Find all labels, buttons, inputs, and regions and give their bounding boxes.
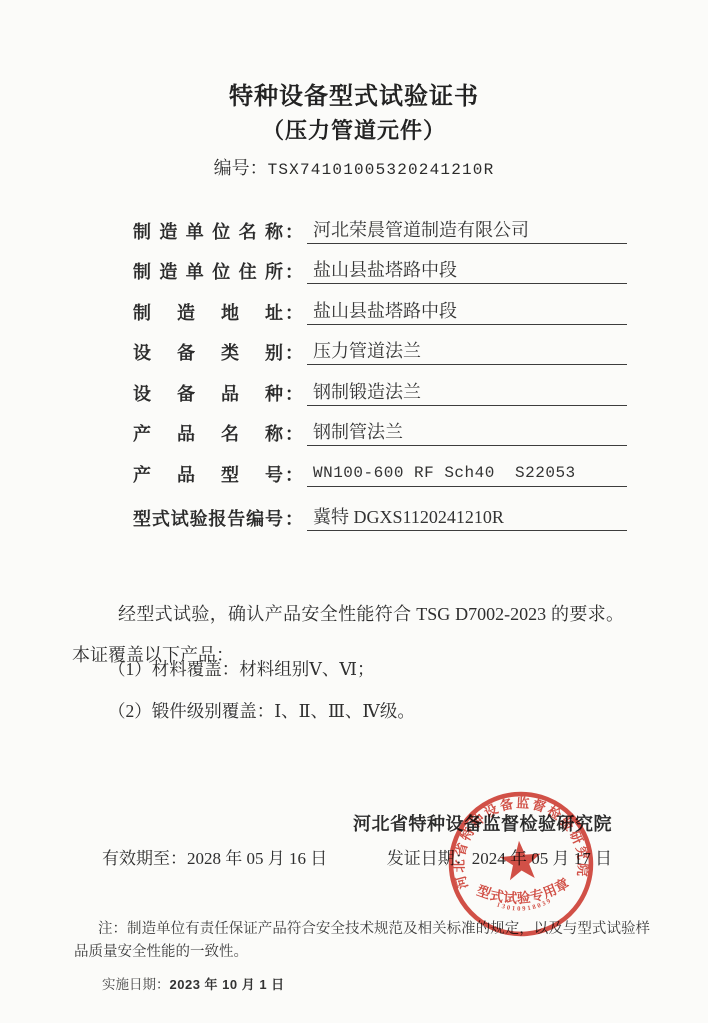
- certificate-title: 特种设备型式试验证书: [0, 76, 708, 111]
- seal-banner-text: 型式试验专用章: [474, 874, 574, 910]
- certificate-number-line: 编号：TSX74101005320241210R: [0, 154, 708, 180]
- certificate-page: 特种设备型式试验证书 （压力管道元件） 编号：TSX74101005320241…: [0, 0, 708, 1023]
- field-label: 制造单位名称: [133, 223, 283, 244]
- certificate-fields: 制造单位名称：河北荣晨管道制造有限公司 制造单位住所：盐山县盐塔路中段 制造地址…: [133, 203, 627, 531]
- implementation-date-value: 2023 年 10 月 1 日: [170, 977, 285, 992]
- coverage-item-material: （1）材料覆盖：材料组别Ⅴ、Ⅵ；: [108, 656, 375, 681]
- field-colon: ：: [283, 223, 307, 244]
- field-value: 钢制锻造法兰: [307, 383, 627, 406]
- valid-until-date: 有效期至：2028 年 05 月 16 日: [102, 844, 327, 869]
- issuing-authority: 河北省特种设备监督检验研究院: [353, 810, 612, 836]
- coverage-item-forging-grade: （2）锻件级别覆盖：Ⅰ、Ⅱ、Ⅲ、Ⅳ级。: [108, 698, 415, 723]
- field-label: 产品型号: [133, 466, 283, 487]
- svg-text:13010918039: 13010918039: [495, 897, 554, 915]
- issue-date: 发证日期：2024 年 05 月 17 日: [387, 844, 612, 869]
- field-colon: ：: [283, 385, 307, 406]
- field-colon: ：: [283, 304, 307, 325]
- field-equipment-variety: 设备品种：钢制锻造法兰: [133, 365, 627, 406]
- svg-text:型式试验专用章: 型式试验专用章: [474, 874, 574, 910]
- field-label: 产品名称: [133, 425, 283, 446]
- certificate-number-value: TSX74101005320241210R: [268, 161, 495, 179]
- certificate-number-label: 编号：: [214, 158, 268, 178]
- field-label: 设备品种: [133, 385, 283, 406]
- field-test-report-number: 型式试验报告编号：冀特 DGXS1120241210R: [133, 491, 627, 532]
- field-value: 冀特 DGXS1120241210R: [307, 508, 627, 531]
- field-colon: ：: [283, 263, 307, 284]
- field-product-model: 产品型号：WN100-600 RF Sch40 S22053: [133, 446, 627, 487]
- dates-row: 有效期至：2028 年 05 月 16 日 发证日期：2024 年 05 月 1…: [102, 844, 612, 869]
- certificate-subtitle: （压力管道元件）: [0, 114, 708, 145]
- field-value: 钢制管法兰: [307, 423, 627, 446]
- seal-code-text: 13010918039: [495, 897, 554, 915]
- field-colon: ：: [283, 510, 307, 531]
- field-product-name: 产品名称：钢制管法兰: [133, 406, 627, 447]
- field-manufacturer-residence: 制造单位住所：盐山县盐塔路中段: [133, 244, 627, 285]
- field-label: 制造单位住所: [133, 263, 283, 284]
- field-manufacture-address: 制造地址：盐山县盐塔路中段: [133, 284, 627, 325]
- field-colon: ：: [283, 466, 307, 487]
- field-label: 制造地址: [133, 304, 283, 325]
- seal-ring-text: 河北省特种设备监督检验研究院: [446, 788, 594, 891]
- field-value: 盐山县盐塔路中段: [307, 261, 627, 284]
- implementation-date-label: 实施日期：: [102, 977, 170, 992]
- responsibility-note: 注：制造单位有责任保证产品符合安全技术规范及相关标准的规定，以及与型式试验样品质…: [74, 918, 650, 964]
- field-value: 盐山县盐塔路中段: [307, 302, 627, 325]
- field-value: 压力管道法兰: [307, 342, 627, 365]
- field-label: 型式试验报告编号: [133, 510, 283, 531]
- field-equipment-category: 设备类别：压力管道法兰: [133, 325, 627, 366]
- svg-text:河北省特种设备监督检验研究院: 河北省特种设备监督检验研究院: [446, 788, 594, 891]
- field-manufacturer-name: 制造单位名称：河北荣晨管道制造有限公司: [133, 203, 627, 244]
- implementation-date-line: 实施日期：2023 年 10 月 1 日: [102, 973, 285, 993]
- field-colon: ：: [283, 425, 307, 446]
- field-colon: ：: [283, 344, 307, 365]
- field-label: 设备类别: [133, 344, 283, 365]
- field-value: 河北荣晨管道制造有限公司: [307, 221, 627, 244]
- field-value: WN100-600 RF Sch40 S22053: [307, 465, 627, 487]
